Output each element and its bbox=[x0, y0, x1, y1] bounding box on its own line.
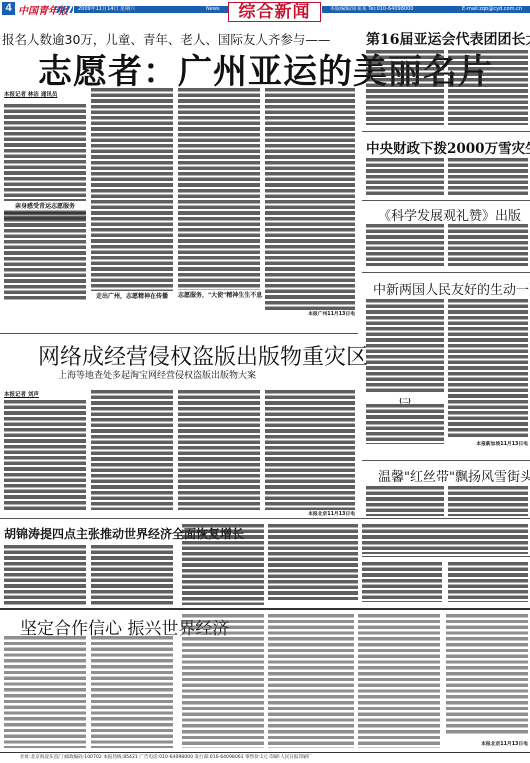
china-singapore-headline: 中新两国人民友好的生动一页 bbox=[373, 279, 530, 298]
red-ribbon-headline: 温馨"红丝带"飘扬风雪街头 bbox=[378, 466, 530, 485]
side-body-col1 bbox=[362, 562, 442, 602]
editorial-body-col6 bbox=[446, 614, 528, 734]
china-singapore-body-col1 bbox=[366, 299, 444, 394]
red-ribbon-body-col2 bbox=[448, 486, 528, 516]
piracy-dateline: 本报北京11月13日电 bbox=[265, 510, 355, 517]
book-headline: 《科学发展观礼赞》出版 bbox=[378, 205, 521, 224]
piracy-body-col1 bbox=[4, 400, 86, 510]
email-address: E-mail:zqb@cyd.com.cn bbox=[462, 6, 522, 13]
red-ribbon-body-col1 bbox=[366, 486, 444, 516]
editorial-body-col4 bbox=[268, 614, 354, 748]
editor-info: 本版编辑/周某某 Tel:010-64098000 bbox=[330, 6, 413, 13]
page-number: 4 bbox=[2, 2, 15, 15]
snow-aid-body-col1 bbox=[366, 158, 444, 196]
issue-date: 2009年11月14日 星期六 bbox=[78, 6, 135, 13]
divider bbox=[0, 608, 530, 610]
decorative-stripes bbox=[55, 6, 73, 13]
piracy-subheadline: 上海等地查处多起淘宝网经营侵权盗版出版物大案 bbox=[58, 368, 256, 381]
editorial-body-col2 bbox=[91, 636, 173, 748]
lead-byline: 本报记者 林洁 通讯员 bbox=[4, 90, 57, 98]
asian-games-body-col1 bbox=[366, 50, 444, 125]
piracy-body-col2 bbox=[91, 390, 173, 510]
snow-aid-body-col2 bbox=[448, 158, 528, 196]
hu-body-col3 bbox=[182, 524, 264, 605]
asian-games-body-col2 bbox=[448, 50, 528, 125]
divider bbox=[0, 333, 358, 334]
divider bbox=[362, 131, 530, 132]
china-singapore-body-col1b bbox=[366, 404, 444, 444]
lead-body-col3 bbox=[178, 88, 260, 300]
editorial-body-col1 bbox=[4, 636, 86, 748]
book-body-col1 bbox=[366, 224, 444, 266]
section-title: 综合新闻 bbox=[228, 2, 321, 22]
piracy-byline: 本报记者 刘声 bbox=[4, 390, 39, 398]
lead-subhead-2: 走出广州，志愿精神在传播 bbox=[91, 291, 173, 300]
lead-dateline: 本报广州11月13日电 bbox=[265, 310, 355, 317]
edition-tag: News bbox=[206, 6, 220, 13]
snow-aid-headline: 中央财政下拨2000万雪灾生活补助金 bbox=[366, 137, 530, 157]
divider bbox=[362, 272, 530, 273]
piracy-body-col4 bbox=[265, 390, 355, 510]
editorial-dateline: 本报北京11月13日电 bbox=[446, 740, 528, 747]
editorial-body-col5 bbox=[358, 614, 440, 748]
book-body-col2 bbox=[448, 224, 528, 266]
page-footer: 社址:北京海淀东直门 邮政编码:100702 本报热线:85421 广告电话:0… bbox=[0, 752, 530, 763]
editorial-body-col3 bbox=[182, 614, 264, 748]
hu-body-col2 bbox=[91, 545, 173, 605]
divider bbox=[362, 556, 530, 557]
lead-body-col4 bbox=[265, 88, 355, 310]
piracy-headline: 网络成经营侵权盗版出版物重灾区 bbox=[38, 340, 368, 371]
divider bbox=[362, 460, 530, 461]
lead-subhead-1: 亲身感受青运志愿服务 bbox=[4, 201, 86, 210]
divider bbox=[362, 200, 530, 201]
lead-subhead-3: 志愿服务，"大使"精神生生不息 bbox=[178, 290, 260, 299]
china-singapore-body-col2 bbox=[448, 299, 528, 439]
hu-body-col1 bbox=[4, 545, 86, 605]
hu-body-col4 bbox=[268, 524, 358, 600]
side-body-col2 bbox=[448, 562, 528, 602]
china-singapore-dateline: 本报新加坡11月13日电 bbox=[448, 440, 528, 447]
red-ribbon-body-cont bbox=[362, 524, 528, 554]
lead-body-col1b bbox=[4, 212, 86, 300]
lead-body-col2 bbox=[91, 88, 173, 300]
asian-games-headline: 第16届亚运会代表团团长大会落幕 bbox=[366, 29, 530, 49]
divider bbox=[0, 518, 530, 519]
piracy-body-col3 bbox=[178, 390, 260, 510]
